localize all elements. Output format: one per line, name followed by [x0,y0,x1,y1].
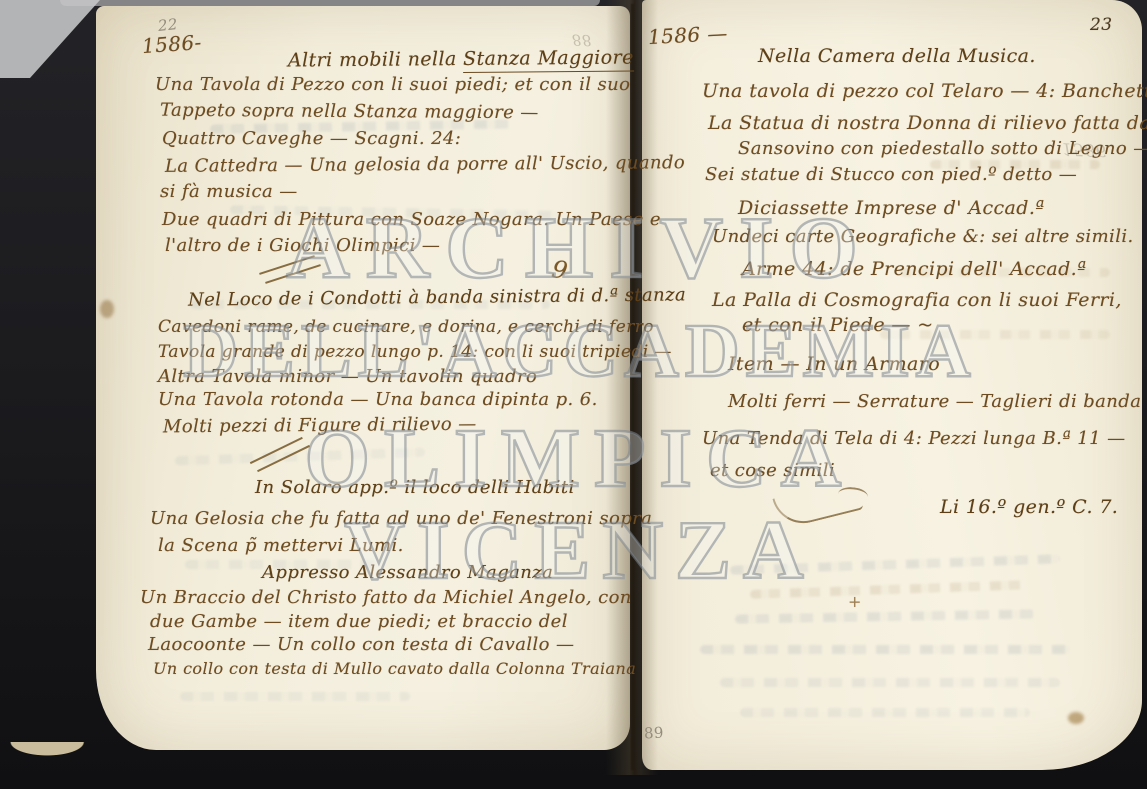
manuscript-line: Molti pezzi di Figure di rilievo — [163,416,477,437]
manuscript-line: Laocoonte — Un collo con testa di Cavall… [148,636,574,654]
manuscript-line: Una tavola di pezzo col Telaro — 4: Banc… [702,82,1147,101]
manuscript-line: Tappeto sopra nella Stanza maggiore — [160,102,539,123]
manuscript-line: due Gambe — item due piedi; et braccio d… [150,613,568,631]
folio-number-right: 23 [1090,17,1112,34]
book-gutter-crease [631,4,634,770]
manuscript-line: si fà musica — [160,183,298,201]
left-page-title: Altri mobili nella Stanza Maggiore [288,48,634,70]
manuscript-line: Una Tavola rotonda — Una banca dipinta p… [158,391,598,409]
manuscript-line: la Scena p̃ mettervi Lumi. [158,537,404,555]
bleedthrough-smudge [740,708,1030,717]
manuscript-line: Quattro Caveghe — Scagni. 24: [162,130,461,148]
manuscript-line: Cavedoni rame, de cucinare, e dorina, e … [158,319,654,336]
manuscript-line: Item — In un Armaro [728,355,940,374]
left-section2-title: Nel Loco de i Condotti à banda sinistra … [188,286,686,309]
bleedthrough-smudge [180,692,410,701]
manuscript-line: Una Gelosia che fu fatta ad uno de' Fene… [150,510,652,528]
manuscript-line: Una Tavola di Pezzo con li suoi piedi; e… [155,76,630,94]
ink-stain [100,300,114,318]
bleedthrough-smudge [700,645,1070,654]
manuscript-line: Arme 44: de Prencipi dell' Accad.ª [742,260,1087,279]
right-page-title: Nella Camera della Musica. [758,47,1036,66]
left-section4-title: Appresso Alessandro Maganza [262,564,553,582]
manuscript-line: La Palla di Cosmografia con li suoi Ferr… [712,291,1122,310]
bleedthrough-smudge [720,678,1060,687]
year-right: 1586 — [648,23,729,47]
left-section3-title: In Solaro app.º il loco delli Habiti [255,479,575,497]
ink-cross-mark: + [848,594,862,610]
manuscript-line: et con il Piede — ~ [742,316,934,335]
left-title-pre: Altri mobili nella [288,48,463,72]
manuscript-line: Una Tenda di Tela di 4: Pezzi lunga B.ª … [702,430,1126,448]
manuscript-line: Molti ferri — Serrature — Taglieri di ba… [728,393,1147,411]
manuscript-line: et cose simili [710,462,835,480]
manuscript-line: Diciassette Imprese d' Accad.ª [738,199,1045,218]
year-left: 1586- [141,32,202,56]
manuscript-line: La Cattedra — Una gelosia da porre all' … [165,154,685,176]
manuscript-line: Due quadri di Pittura con Soaze Nogara. … [162,211,661,229]
manuscript-line: Sansovino con piedestallo sotto di Legno… [738,140,1147,158]
manuscript-line: Un Braccio del Christo fatto da Michiel … [140,589,632,607]
manuscript-line: Altra Tavola minor — Un tavolin quadro [158,368,537,386]
manuscript-line: Un collo con testa di Mullo cavato dalla… [153,661,636,677]
left-title-underlined: Stanza Maggiore [463,46,634,72]
manuscript-line: Tavola grande di pezzo lungo p. 14: con … [158,344,672,361]
margin-note: Li 16.º gen.º C. 7. [940,498,1118,517]
manuscript-line: Sei statue di Stucco con pied.º detto — [705,166,1077,184]
manuscript-line: l'altro de i Giochi Olimpici — [165,237,440,255]
section-divider-mark [258,260,322,280]
bleedthrough-number: 88 [572,32,592,48]
pencil-folio-number: 89 [644,725,665,741]
manuscript-line: Undeci carte Geografiche &: sei altre si… [712,228,1134,246]
ink-stain [1068,712,1084,724]
manuscript-line: La Statua di nostra Donna di rilievo fat… [708,114,1147,133]
manuscript-scan: 22 1586- Altri mobili nella Stanza Maggi… [0,0,1147,789]
